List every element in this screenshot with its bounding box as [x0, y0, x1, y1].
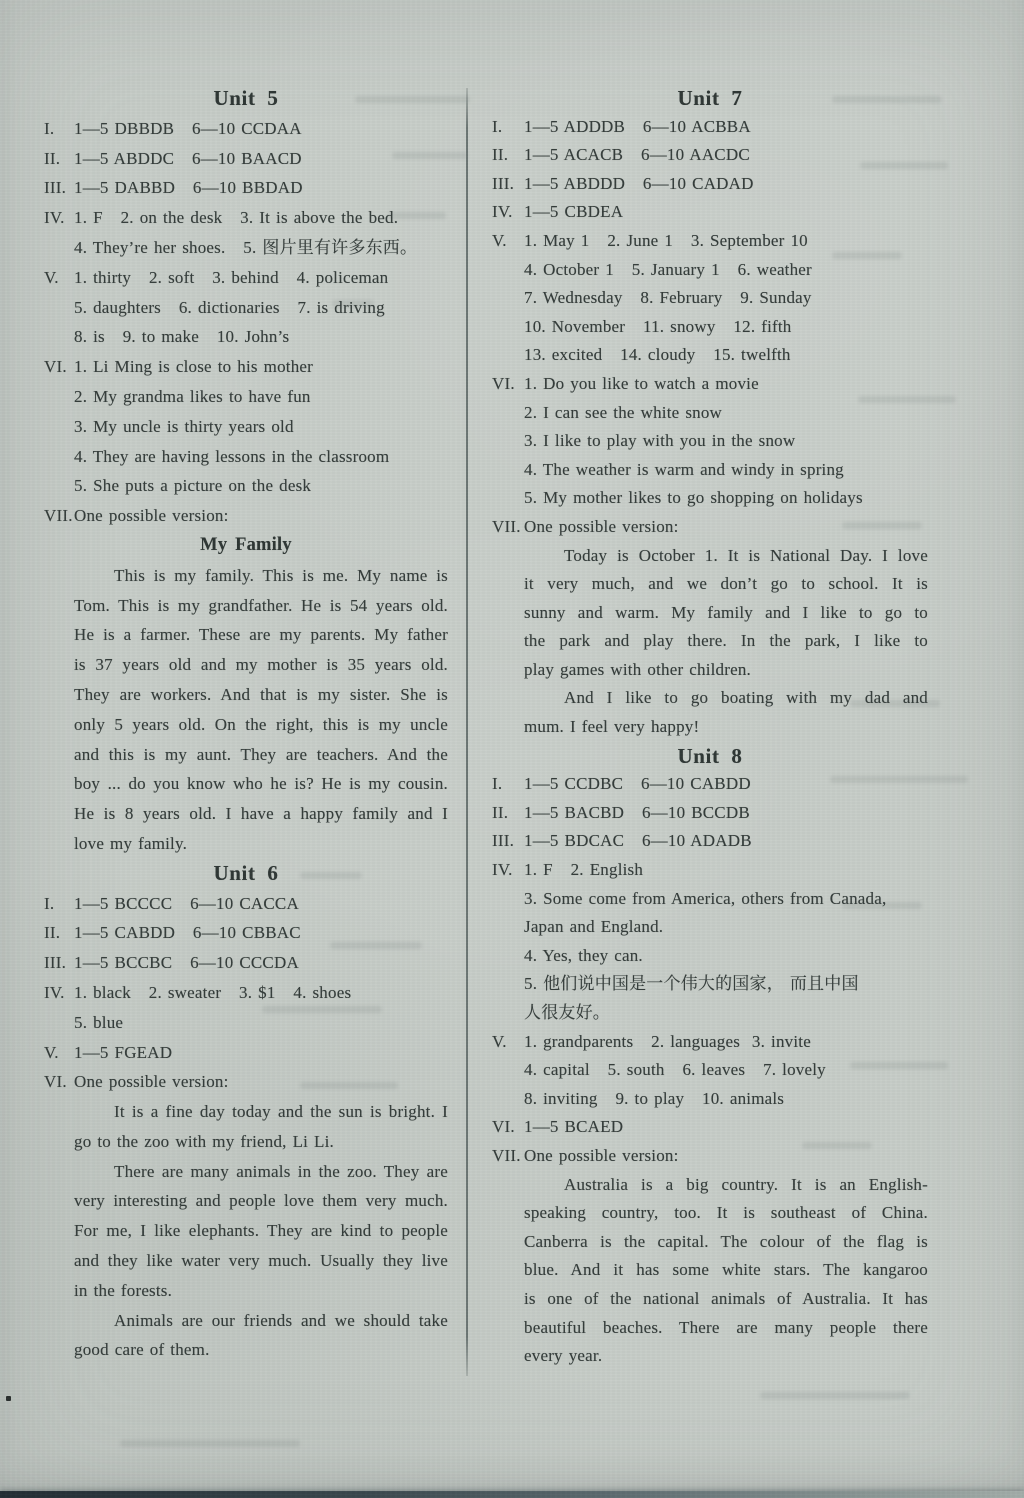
essay-line-first: Australia is a big country. It is an Eng… [492, 1171, 928, 1200]
essay-line-last: mum. I feel very happy! [492, 713, 928, 742]
roman-numeral-marker: II. [44, 144, 74, 174]
answer-continuation-line: 4. capital 5. south 6. leaves 7. lovely [492, 1056, 928, 1085]
bleed-through-smudge [120, 1440, 300, 1447]
answer-item: IV.1. F 2. on the desk 3. It is above th… [44, 203, 448, 233]
essay-line-last: good care of them. [44, 1335, 448, 1365]
roman-numeral-marker: II. [44, 918, 74, 948]
scanned-workbook-page: { "page": { "paper_color": "#c7cdc8", "i… [0, 0, 1024, 1498]
page-bottom-edge [0, 1491, 1024, 1498]
roman-numeral-marker: III. [492, 170, 524, 199]
unit-heading: Unit 6 [44, 859, 448, 889]
answer-item: III.1—5 ABDDD 6—10 CADAD [492, 170, 928, 199]
answer-continuation-line: 人很友好。 [492, 999, 928, 1028]
essay-line: Canberra is the capital. The colour of t… [492, 1228, 928, 1257]
essay-line-last: play games with other children. [492, 656, 928, 685]
roman-numeral-marker: V. [492, 227, 524, 256]
answer-continuation-line: 3. My uncle is thirty years old [44, 412, 448, 442]
left-column: Unit 5I.1—5 DBBDB 6—10 CCDAAII.1—5 ABDDC… [44, 84, 448, 1365]
roman-numeral-marker: I. [44, 114, 74, 144]
essay-line: and this is my aunt. They are teachers. … [44, 740, 448, 770]
answer-continuation-line: 5. daughters 6. dictionaries 7. is drivi… [44, 293, 448, 323]
essay-line: blue. And it has some white stars. The k… [492, 1256, 928, 1285]
answer-continuation-line: 4. They’re her shoes. 5. 图片里有许多东西。 [44, 233, 448, 263]
answer-item: VII.One possible version: [492, 513, 928, 542]
roman-numeral-marker: VI. [492, 370, 524, 399]
right-column: Unit 7I.1—5 ADDDB 6—10 ACBBAII.1—5 ACACB… [492, 84, 928, 1371]
roman-numeral-marker: III. [44, 173, 74, 203]
essay-line-first: There are many animals in the zoo. They … [44, 1157, 448, 1187]
ink-dot [6, 1396, 11, 1401]
roman-numeral-marker: III. [492, 827, 524, 856]
answer-text: One possible version: [524, 1142, 679, 1171]
answer-text: 1. Li Ming is close to his mother [74, 352, 313, 382]
essay-line: beautiful beaches. There are many people… [492, 1314, 928, 1343]
roman-numeral-marker: II. [492, 141, 524, 170]
essay-line: For me, I like elephants. They are kind … [44, 1216, 448, 1246]
answer-continuation-line: Japan and England. [492, 913, 928, 942]
answer-item: V.1. thirty 2. soft 3. behind 4. policem… [44, 263, 448, 293]
answer-continuation-line: 10. November 11. snowy 12. fifth [492, 313, 928, 342]
answer-text: One possible version: [524, 513, 679, 542]
roman-numeral-marker: III. [44, 948, 74, 978]
answer-continuation-line: 2. My grandma likes to have fun [44, 382, 448, 412]
page-background: Unit 5I.1—5 DBBDB 6—10 CCDAAII.1—5 ABDDC… [0, 0, 1024, 1498]
roman-numeral-marker: IV. [44, 203, 74, 233]
roman-numeral-marker: II. [492, 799, 524, 828]
answer-item: II.1—5 CABDD 6—10 CBBAC [44, 918, 448, 948]
roman-numeral-marker: IV. [492, 198, 524, 227]
answer-continuation-line: 13. excited 14. cloudy 15. twelfth [492, 341, 928, 370]
answer-item: III.1—5 BCCBC 6—10 CCCDA [44, 948, 448, 978]
answer-text: 1—5 BCAED [524, 1113, 623, 1142]
answer-continuation-line: 8. inviting 9. to play 10. animals [492, 1085, 928, 1114]
answer-item: III.1—5 BDCAC 6—10 ADADB [492, 827, 928, 856]
answer-text: 1—5 BACBD 6—10 BCCDB [524, 799, 750, 828]
answer-continuation-line: 4. They are having lessons in the classr… [44, 442, 448, 472]
answer-continuation-line: 2. I can see the white snow [492, 399, 928, 428]
essay-line-last: in the forests. [44, 1276, 448, 1306]
answer-text: 1—5 BCCCC 6—10 CACCA [74, 889, 299, 919]
answer-continuation-line: 4. October 1 5. January 1 6. weather [492, 256, 928, 285]
answer-continuation-line: 3. I like to play with you in the snow [492, 427, 928, 456]
answer-item: II.1—5 BACBD 6—10 BCCDB [492, 799, 928, 828]
answer-continuation-line: 5. 他们说中国是一个伟大的国家， 而且中国 [492, 970, 928, 999]
answer-continuation-line: 3. Some come from America, others from C… [492, 885, 928, 914]
essay-line-first: Today is October 1. It is National Day. … [492, 542, 928, 571]
unit-heading: Unit 7 [492, 84, 928, 113]
essay-line: and they like water very much. Usually t… [44, 1246, 448, 1276]
essay-line-first: This is my family. This is me. My name i… [44, 561, 448, 591]
unit-heading: Unit 8 [492, 742, 928, 771]
roman-numeral-marker: IV. [44, 978, 74, 1008]
essay-line: He is a farmer. These are my parents. My… [44, 620, 448, 650]
answer-text: 1—5 ACACB 6—10 AACDC [524, 141, 750, 170]
unit-heading: Unit 5 [44, 84, 448, 114]
answer-item: I.1—5 CCDBC 6—10 CABDD [492, 770, 928, 799]
roman-numeral-marker: VI. [492, 1113, 524, 1142]
answer-item: VI.1. Do you like to watch a movie [492, 370, 928, 399]
answer-text: 1. May 1 2. June 1 3. September 10 [524, 227, 808, 256]
answer-item: VI.1—5 BCAED [492, 1113, 928, 1142]
roman-numeral-marker: VII. [492, 513, 524, 542]
essay-line: Tom. This is my grandfather. He is 54 ye… [44, 591, 448, 621]
answer-continuation-line: 4. Yes, they can. [492, 942, 928, 971]
answer-continuation-line: 5. My mother likes to go shopping on hol… [492, 484, 928, 513]
answer-text: 1. grandparents 2. languages 3. invite [524, 1028, 811, 1057]
roman-numeral-marker: V. [44, 263, 74, 293]
answer-item: VI.1. Li Ming is close to his mother [44, 352, 448, 382]
answer-item: V.1—5 FGEAD [44, 1038, 448, 1068]
answer-continuation-line: 7. Wednesday 8. February 9. Sunday [492, 284, 928, 313]
essay-line-last: every year. [492, 1342, 928, 1371]
essay-line: He is 8 years old. I have a happy family… [44, 799, 448, 829]
bleed-through-smudge [760, 1392, 910, 1399]
answer-text: 1—5 ABDDD 6—10 CADAD [524, 170, 754, 199]
answer-continuation-line: 8. is 9. to make 10. John’s [44, 322, 448, 352]
answer-text: 1—5 DBBDB 6—10 CCDAA [74, 114, 302, 144]
essay-line: They are workers. And that is my sister.… [44, 680, 448, 710]
essay-line: it very much, and we don’t go to school.… [492, 570, 928, 599]
essay-line: boy ... do you know who he is? He is my … [44, 769, 448, 799]
essay-title: My Family [44, 531, 448, 561]
answer-text: 1—5 BDCAC 6—10 ADADB [524, 827, 752, 856]
essay-line: speaking country, too. It is southeast o… [492, 1199, 928, 1228]
answer-text: 1. Do you like to watch a movie [524, 370, 759, 399]
column-divider [466, 88, 468, 1376]
essay-line: is one of the national animals of Austra… [492, 1285, 928, 1314]
answer-text: 1—5 ADDDB 6—10 ACBBA [524, 113, 751, 142]
answer-text: 1—5 DABBD 6—10 BBDAD [74, 173, 303, 203]
roman-numeral-marker: VII. [44, 501, 74, 531]
answer-text: 1—5 FGEAD [74, 1038, 172, 1068]
roman-numeral-marker: VI. [44, 352, 74, 382]
essay-line-first: Animals are our friends and we should ta… [44, 1306, 448, 1336]
answer-item: VII.One possible version: [492, 1142, 928, 1171]
answer-text: 1—5 ABDDC 6—10 BAACD [74, 144, 302, 174]
answer-item: IV.1. black 2. sweater 3. $1 4. shoes [44, 978, 448, 1008]
essay-line: the park and play there. In the park, I … [492, 627, 928, 656]
answer-item: VII.One possible version: [44, 501, 448, 531]
answer-continuation-line: 5. blue [44, 1008, 448, 1038]
roman-numeral-marker: I. [492, 770, 524, 799]
roman-numeral-marker: V. [492, 1028, 524, 1057]
answer-continuation-line: 5. She puts a picture on the desk [44, 471, 448, 501]
answer-text: 1. F 2. on the desk 3. It is above the b… [74, 203, 398, 233]
essay-line-last: go to the zoo with my friend, Li Li. [44, 1127, 448, 1157]
answer-text: 1. F 2. English [524, 856, 643, 885]
essay-line-first: It is a fine day today and the sun is br… [44, 1097, 448, 1127]
answer-text: One possible version: [74, 501, 229, 531]
answer-item: III.1—5 DABBD 6—10 BBDAD [44, 173, 448, 203]
answer-text: 1. thirty 2. soft 3. behind 4. policeman [74, 263, 388, 293]
roman-numeral-marker: VI. [44, 1067, 74, 1097]
answer-item: IV.1—5 CBDEA [492, 198, 928, 227]
answer-item: II.1—5 ABDDC 6—10 BAACD [44, 144, 448, 174]
essay-line: is 37 years old and my mother is 35 year… [44, 650, 448, 680]
answer-item: I.1—5 ADDDB 6—10 ACBBA [492, 113, 928, 142]
essay-line-last: love my family. [44, 829, 448, 859]
answer-item: V.1. grandparents 2. languages 3. invite [492, 1028, 928, 1057]
answer-text: 1—5 CABDD 6—10 CBBAC [74, 918, 301, 948]
answer-continuation-line: 4. The weather is warm and windy in spri… [492, 456, 928, 485]
answer-item: V.1. May 1 2. June 1 3. September 10 [492, 227, 928, 256]
answer-text: 1—5 CBDEA [524, 198, 623, 227]
answer-item: IV.1. F 2. English [492, 856, 928, 885]
answer-item: II.1—5 ACACB 6—10 AACDC [492, 141, 928, 170]
answer-item: VI.One possible version: [44, 1067, 448, 1097]
answer-item: I.1—5 DBBDB 6—10 CCDAA [44, 114, 448, 144]
essay-line: sunny and warm. My family and I like to … [492, 599, 928, 628]
answer-text: 1. black 2. sweater 3. $1 4. shoes [74, 978, 351, 1008]
roman-numeral-marker: I. [492, 113, 524, 142]
roman-numeral-marker: I. [44, 889, 74, 919]
roman-numeral-marker: IV. [492, 856, 524, 885]
answer-text: One possible version: [74, 1067, 229, 1097]
answer-item: I.1—5 BCCCC 6—10 CACCA [44, 889, 448, 919]
answer-text: 1—5 CCDBC 6—10 CABDD [524, 770, 751, 799]
roman-numeral-marker: V. [44, 1038, 74, 1068]
essay-line: only 5 years old. On the right, this is … [44, 710, 448, 740]
essay-line: very interesting and people love them ve… [44, 1186, 448, 1216]
essay-line-first: And I like to go boating with my dad and [492, 684, 928, 713]
roman-numeral-marker: VII. [492, 1142, 524, 1171]
answer-text: 1—5 BCCBC 6—10 CCCDA [74, 948, 299, 978]
